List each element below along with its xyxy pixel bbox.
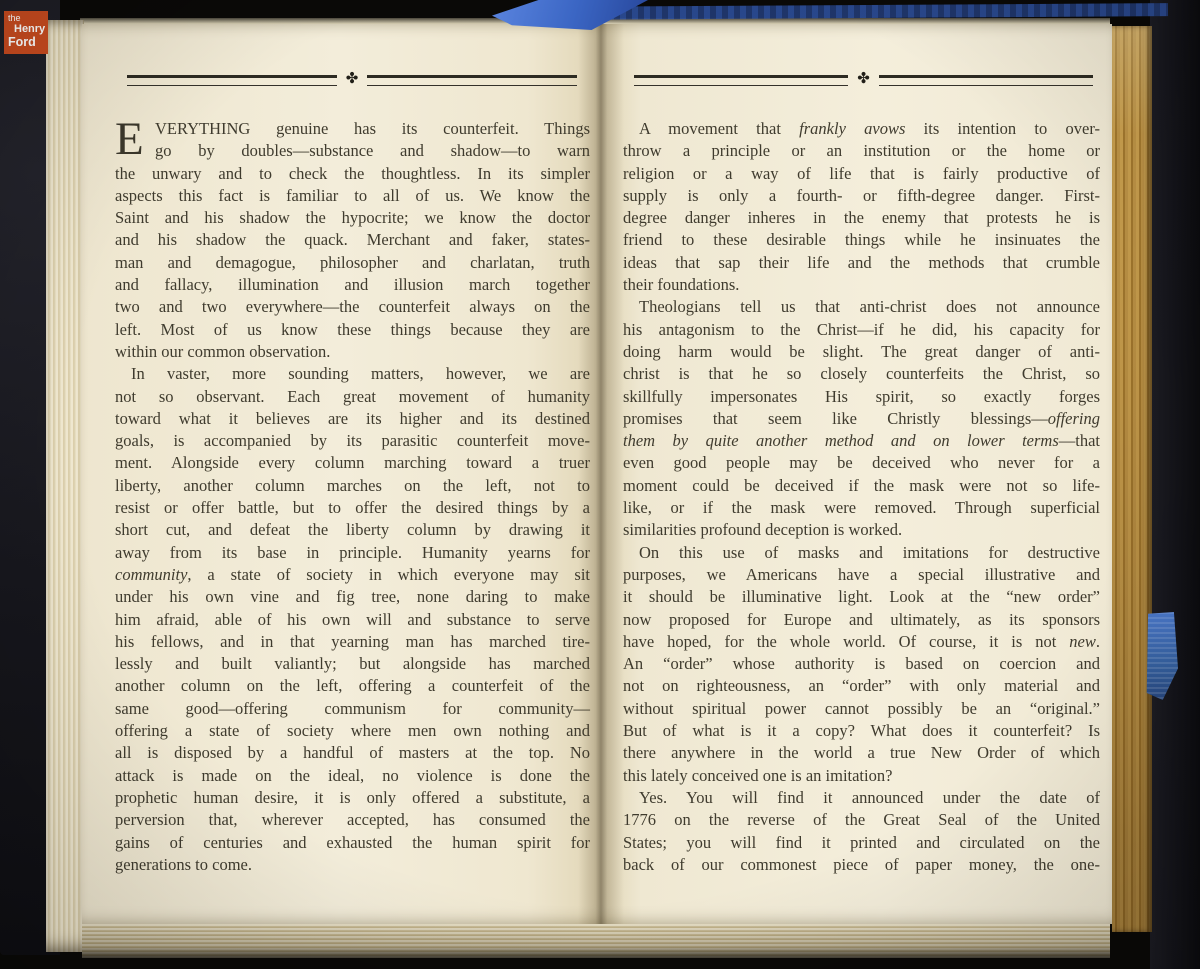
text-line: within our common observation.: [115, 341, 590, 363]
text-line: A movement that frankly avows its intent…: [623, 118, 1100, 140]
text-line: his fellows, and in that yearning man ha…: [115, 631, 590, 653]
text-line: liberty, another column marches on the l…: [115, 475, 590, 497]
text-line: the unwary and to check the thoughtless.…: [115, 163, 590, 185]
text-line: States; you will find it printed and cir…: [623, 832, 1100, 854]
open-book-photo: ✤ EVERYTHING genuine has its counterfeit…: [0, 0, 1200, 969]
text-line: purposes, we Americans have a special il…: [623, 564, 1100, 586]
text-line: there anywhere in the world a true New O…: [623, 742, 1100, 764]
text-line: all is disposed by a handful of masters …: [115, 742, 590, 764]
rule-segment: [879, 75, 1093, 86]
text-line: it should be illuminative light. Look at…: [623, 586, 1100, 608]
text-line: skillfully impersonates His spirit, so e…: [623, 386, 1100, 408]
page-edges-left-stack: [46, 20, 84, 952]
text-line: Yes. You will find it announced under th…: [623, 787, 1100, 809]
text-line: left. Most of us know these things becau…: [115, 319, 590, 341]
text-line: ideas that sap their life and the method…: [623, 252, 1100, 274]
text-line: back of our commonest piece of paper mon…: [623, 854, 1100, 876]
text-line: supply is only a fourth- or fifth-degree…: [623, 185, 1100, 207]
text-line: ment. Alongside every column marching to…: [115, 452, 590, 474]
text-line: two and two everywhere—the counterfeit a…: [115, 296, 590, 318]
text-line: Saint and his shadow the hypocrite; we k…: [115, 207, 590, 229]
text-line: not so observant. Each great movement of…: [115, 386, 590, 408]
rule-segment: [634, 75, 848, 86]
book-cover-right: [1150, 0, 1200, 969]
text-line: under his own vine and fig tree, none da…: [115, 586, 590, 608]
text-line: An “order” whose authority is based on c…: [623, 653, 1100, 675]
text-line: them by quite another method and on lowe…: [623, 430, 1100, 452]
text-line: same good—offering communism for communi…: [115, 698, 590, 720]
text-line: resist or offer battle, but to offer the…: [115, 497, 590, 519]
text-line: go by doubles—substance and shadow—to wa…: [115, 140, 590, 162]
paragraph: Yes. You will find it announced under th…: [623, 787, 1100, 876]
text-line: another column on the left, offering a c…: [115, 675, 590, 697]
header-rule-right: ✤: [634, 71, 1093, 89]
book-page-left: ✤ EVERYTHING genuine has its counterfeit…: [82, 24, 600, 924]
text-line: offering a state of society where men ow…: [115, 720, 590, 742]
logo-word-ford: Ford: [8, 36, 48, 49]
text-line: lessly and built valiantly; but alongsid…: [115, 653, 590, 675]
text-line: VERYTHING genuine has its counterfeit. T…: [115, 118, 590, 140]
logo-word-the: the: [8, 14, 48, 23]
paragraph: A movement that frankly avows its intent…: [623, 118, 1100, 296]
text-line: his antagonism to the Christ—if he did, …: [623, 319, 1100, 341]
text-line: doing harm would be slight. The great da…: [623, 341, 1100, 363]
paragraph: On this use of masks and imitations for …: [623, 542, 1100, 787]
text-line: On this use of masks and imitations for …: [623, 542, 1100, 564]
text-line: man and demagogue, philosopher and charl…: [115, 252, 590, 274]
page-text-right: A movement that frankly avows its intent…: [623, 118, 1100, 876]
text-line: community, a state of society in which e…: [115, 564, 590, 586]
text-line: christ is that he so closely counterfeit…: [623, 363, 1100, 385]
text-line: But of what is it a copy? What does it c…: [623, 720, 1100, 742]
text-line: like, or if the mask were removed. Throu…: [623, 497, 1100, 519]
henry-ford-logo: the Henry Ford: [4, 11, 48, 54]
paragraph: In vaster, more sounding matters, howeve…: [115, 363, 590, 876]
paragraph: Theologians tell us that anti-christ doe…: [623, 296, 1100, 541]
text-line: religion or a way of life that is fairly…: [623, 163, 1100, 185]
text-line: even good people may be deceived who nev…: [623, 452, 1100, 474]
page-text-left: EVERYTHING genuine has its counterfeit. …: [115, 118, 590, 876]
text-line: throw a principle or an institution or t…: [623, 140, 1100, 162]
header-rule-left: ✤: [127, 71, 577, 89]
text-line: generations to come.: [115, 854, 590, 876]
text-line: promises that seem like Christly blessin…: [623, 408, 1100, 430]
text-line: attack is made on the ideal, no violence…: [115, 765, 590, 787]
text-line: and fallacy, illumination and illusion m…: [115, 274, 590, 296]
text-line: friend to these desirable things while h…: [623, 229, 1100, 251]
text-line: aspects this fact is familiar to all of …: [115, 185, 590, 207]
text-line: gains of centuries and exhausted the hum…: [115, 832, 590, 854]
text-line: not on righteousness, an “order” with on…: [623, 675, 1100, 697]
text-line: perversion that, wherever accepted, has …: [115, 809, 590, 831]
fleuron-ornament: ✤: [346, 72, 359, 87]
text-line: prophetic human desire, it is only offer…: [115, 787, 590, 809]
text-line: short cut, and defeat the liberty column…: [115, 519, 590, 541]
text-line: toward what it believes are its higher a…: [115, 408, 590, 430]
text-line: without spiritual power cannot possibly …: [623, 698, 1100, 720]
text-line: him afraid, able of his own will and sub…: [115, 609, 590, 631]
logo-word-henry: Henry: [14, 24, 48, 35]
text-line: this lately conceived one is an imitatio…: [623, 765, 1100, 787]
text-line: similarities profound deception is worke…: [623, 519, 1100, 541]
rule-segment: [127, 75, 337, 86]
page-edges-bottom-stack: [82, 920, 1110, 958]
text-line: away from its base in principle. Humanit…: [115, 542, 590, 564]
text-line: and his shadow the quack. Merchant and f…: [115, 229, 590, 251]
text-line: moment could be deceived if the mask wer…: [623, 475, 1100, 497]
text-line: now proposed for Europe and ultimately, …: [623, 609, 1100, 631]
text-line: In vaster, more sounding matters, howeve…: [115, 363, 590, 385]
book-page-right: ✤ A movement that frankly avows its inte…: [600, 24, 1112, 924]
text-line: degree danger inheres in the enemy that …: [623, 207, 1100, 229]
text-line: have hoped, for the whole world. Of cour…: [623, 631, 1100, 653]
gilt-fore-edge: [1112, 26, 1152, 932]
rule-segment: [367, 75, 577, 86]
text-line: their foundations.: [623, 274, 1100, 296]
text-line: Theologians tell us that anti-christ doe…: [623, 296, 1100, 318]
drop-cap: E: [115, 118, 149, 162]
fleuron-ornament: ✤: [857, 72, 870, 87]
text-line: goals, is accompanied by its parasitic c…: [115, 430, 590, 452]
text-line: 1776 on the reverse of the Great Seal of…: [623, 809, 1100, 831]
paragraph: EVERYTHING genuine has its counterfeit. …: [115, 118, 590, 363]
